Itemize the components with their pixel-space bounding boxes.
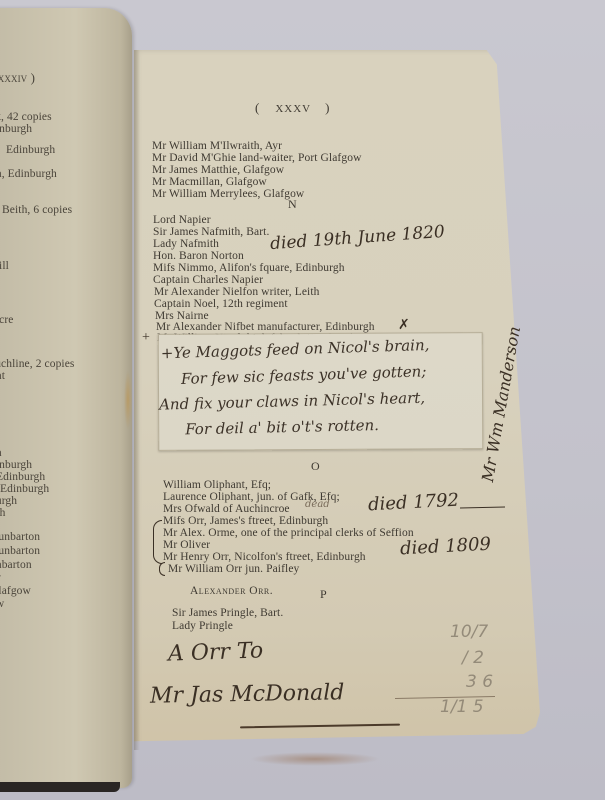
water-stain [250,752,380,766]
subscriber-entry: Mrs Ofwald of Auchincroe [163,503,290,515]
left-page-fragment: Dunbarton [0,531,40,543]
left-page-fragment: dinburgh [0,123,32,135]
section-letter-o: O [311,459,320,474]
left-page-fragment: Glafgow [0,585,31,597]
subscriber-entry: Captain Charles Napier [153,274,263,286]
epitaph-line: For few sic feasts you've gotten; [181,362,427,388]
subscriber-entry: Mifs Nimmo, Alifon's fquare, Edinburgh [153,262,345,274]
signature-a-orr-to: A Orr To [168,638,264,666]
subscriber-entry: Mr Alex. Orme, one of the principal cler… [163,527,414,539]
subscriber-entry: Sir James Pringle, Bart. [172,607,283,619]
left-page-fragment: burgh [0,495,17,507]
subscriber-entry: Mifs Orr, James's ftreet, Edinburgh [163,515,328,527]
subscriber-entry: Sir James Nafmith, Bart. [153,226,269,238]
subscriber-entry: Mr William Orr jun. Paifley [168,563,299,575]
subscriber-entry: Mr Oliver [163,539,210,551]
subscriber-entry: Mr Alexander Nielfon writer, Leith [154,286,319,298]
left-page-fragment: ck, 42 copies [0,111,52,123]
subscriber-entry: Lady Pringle [172,620,233,632]
footer-name-alexander-orr: Alexander Orr. [190,585,273,597]
book-cover-edge [0,782,120,792]
left-page-fragment: Edinburgh [0,471,45,483]
left-page-number: ( xxxiv ) [0,70,35,86]
signature-mcdonald: Mr Jas McDonald [150,680,345,708]
left-page-fragment: Beith, 6 copies [2,204,72,216]
cross-mark-left: + [142,330,150,346]
right-page-number: (XXXV) [255,100,331,116]
left-page-fragment: gh [0,447,2,459]
left-page-fragment: on, Edinburgh [0,168,57,180]
subscriber-entry: Mr William Merrylees, Glafgow [152,188,304,200]
section-letter-p: P [320,587,327,602]
section-letter-n: N [288,197,297,212]
pencil-figure: 1/1 5 [440,697,484,717]
left-page-fragment: mill [0,260,9,272]
spine-stain [124,370,132,430]
left-page-fragment: dinburgh [0,459,32,471]
ink-bracket-small [159,562,165,576]
subscriber-entry: Mr Macmillan, Glafgow [152,176,267,188]
subscriber-entry: Captain Noel, 12th regiment [154,298,288,310]
left-page-fragment: auchline, 2 copies [0,358,75,370]
subscriber-entry: Lady Nafmith [153,238,219,250]
left-page-fragment: Dunbarton [0,545,40,557]
epitaph-line: For deil a' bit o't's rotten. [185,416,379,438]
subscriber-entry: Mr David M'Ghie land-waiter, Port Glafgo… [152,152,361,164]
gutter-shadow [134,50,140,750]
left-page-fragment: unt [0,370,5,382]
pasted-epitaph-slip: +Ye Maggots feed on Nicol's brain, For f… [158,332,484,451]
pencil-figure: 10/7 [450,622,488,642]
subscriber-entry: Hon. Baron Norton [153,250,244,262]
subscriber-entry: Mr Henry Orr, Nicolfon's ftreet, Edinbur… [163,551,366,563]
handwritten-note-oswald: dead [305,499,330,510]
left-page-fragment: rgh [0,507,5,519]
ink-bracket [153,520,162,564]
left-page-fragment: ow [0,598,4,610]
subscriber-entry: William Oliphant, Efq; [163,479,271,491]
subscriber-entry: Mr William M'Ilwraith, Ayr [152,140,282,152]
subscriber-entry: Lord Napier [153,214,211,226]
subscriber-entry: Mr James Matthie, Glafgow [152,164,284,176]
cross-mark-right: ✗ [398,317,410,334]
left-page-fragment: ay [0,572,1,584]
epitaph-line: And fix your claws in Nicol's heart, [159,389,425,414]
left-page-fragment: incre [0,314,13,326]
epitaph-line: +Ye Maggots feed on Nicol's brain, [161,336,430,362]
left-page-fragment: Edinburgh [6,144,55,156]
pencil-figure: / 2 [462,648,484,668]
left-page-fragment: unbarton [0,559,32,571]
pencil-figure: 3 6 [466,672,493,692]
left-page-fragment: Edinburgh [0,483,49,495]
left-page: ( xxxiv ) s ck, 42 copies dinburgh Edinb… [0,8,132,788]
